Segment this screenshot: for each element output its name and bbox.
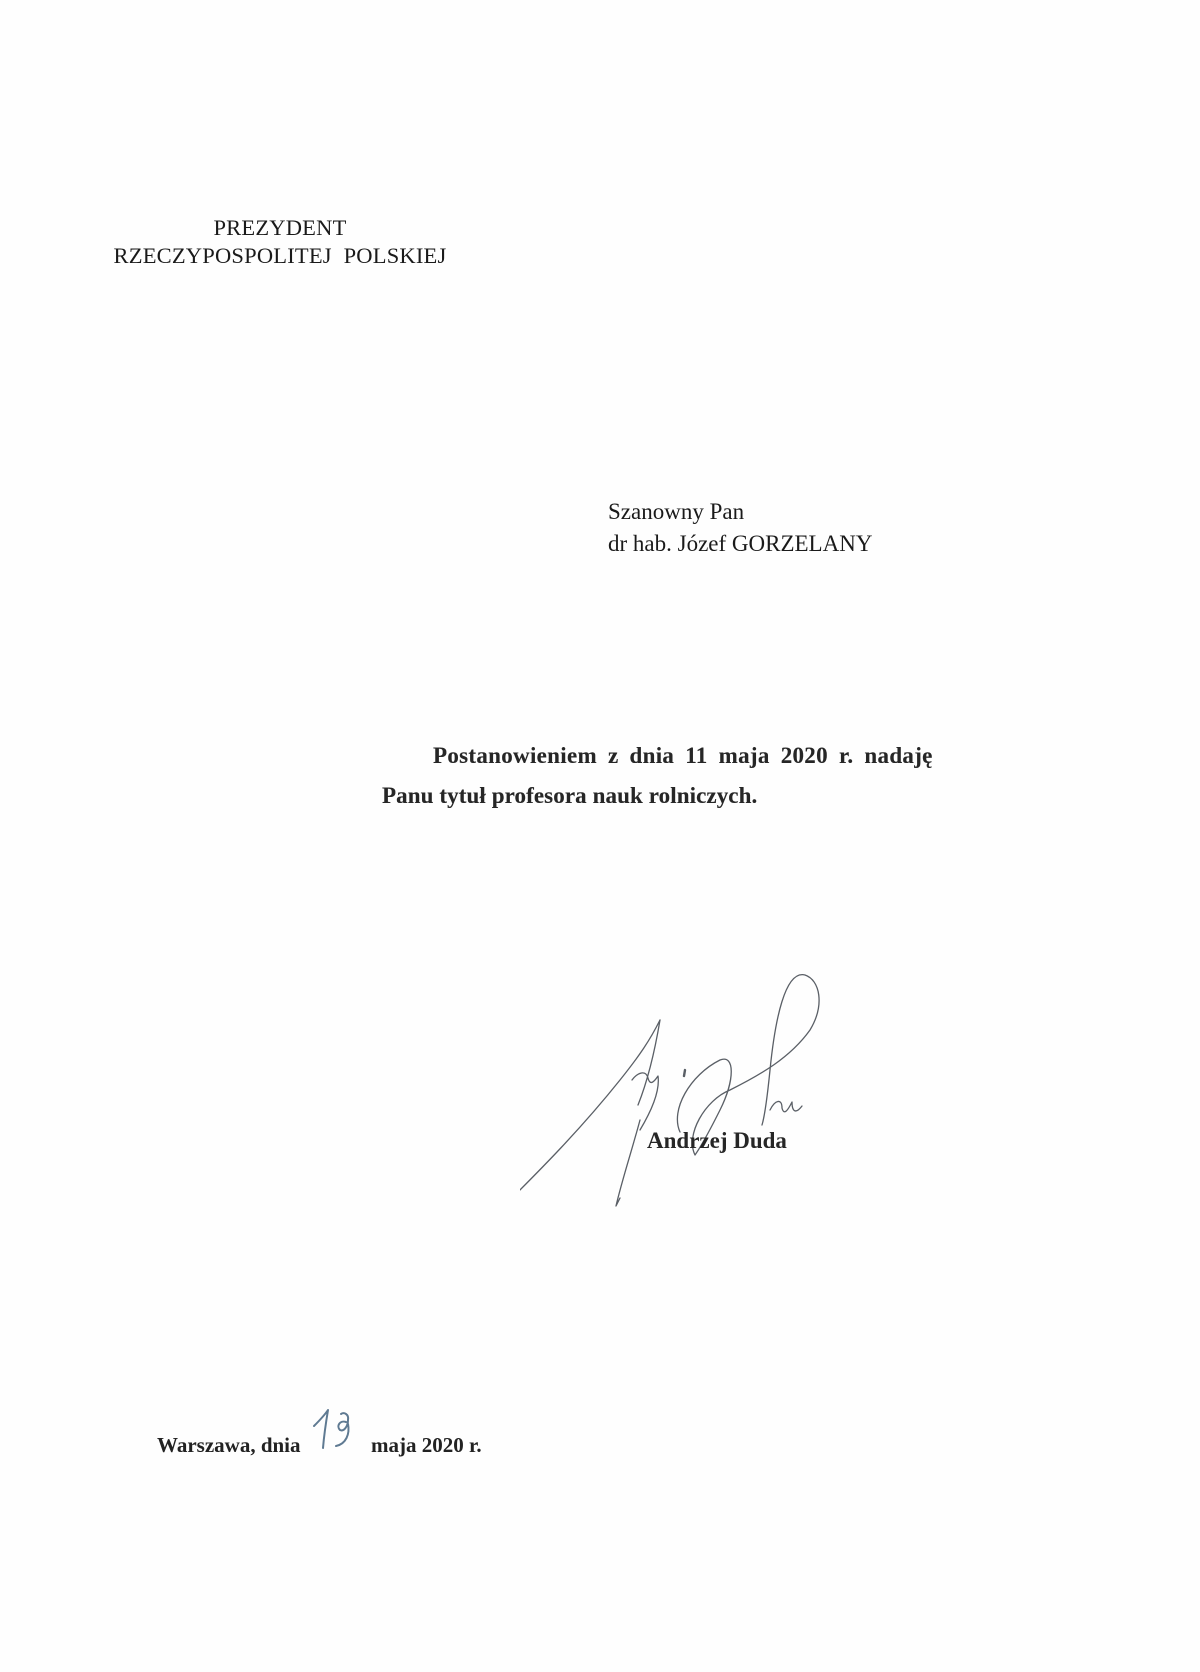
signer-name: Andrzej Duda xyxy=(647,1128,787,1154)
document-page: PREZYDENT RZECZYPOSPOLITEJ POLSKIEJ Szan… xyxy=(0,0,1200,1672)
body-line-1: Postanowieniem z dnia 11 maja 2020 r. na… xyxy=(382,736,933,776)
letter-body: Postanowieniem z dnia 11 maja 2020 r. na… xyxy=(382,736,933,816)
date-line: Warszawa, dnia 19 maja 2020 r. xyxy=(157,1422,482,1462)
handwritten-signature-icon xyxy=(520,960,880,1250)
salutation: Szanowny Pan xyxy=(608,496,872,528)
date-prefix: Warszawa, dnia xyxy=(157,1433,301,1457)
handwritten-day: 19 xyxy=(306,1422,366,1462)
addressee-name: dr hab. Józef GORZELANY xyxy=(608,528,872,560)
letterhead: PREZYDENT RZECZYPOSPOLITEJ POLSKIEJ xyxy=(60,214,500,270)
addressee-block: Szanowny Pan dr hab. Józef GORZELANY xyxy=(608,496,872,560)
date-suffix: maja 2020 r. xyxy=(371,1433,482,1457)
body-line-2: Panu tytuł profesora nauk rolniczych. xyxy=(382,776,933,816)
letterhead-subtitle: RZECZYPOSPOLITEJ POLSKIEJ xyxy=(60,242,500,270)
letterhead-title: PREZYDENT xyxy=(60,214,500,242)
handwritten-day-icon xyxy=(310,1404,362,1456)
